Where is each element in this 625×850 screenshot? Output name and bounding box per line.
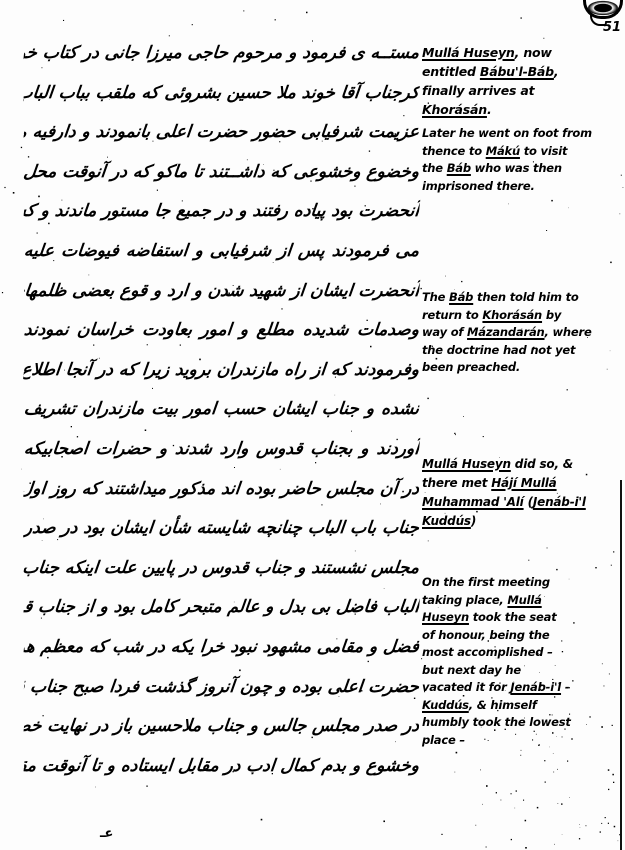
note-text: - — [561, 680, 569, 694]
persian-line: مجلس نشستند و جناب قدوس در پایین علت این… — [22, 549, 421, 589]
note-text: by — [542, 308, 561, 322]
persian-line: در صدر مجلس جالس و جناب ملاحسین باز در ن… — [22, 707, 421, 747]
persian-manuscript-text: مستــه ی فرمود و مرحوم حاجی میرزا جانی د… — [24, 34, 419, 786]
note-text: . — [487, 102, 492, 117]
underlined-name: Mullá — [507, 593, 541, 607]
underlined-name: Mákú — [486, 144, 520, 158]
persian-line: وخشوع و بدم کمال ادب در مقابل ایستاده و … — [22, 747, 421, 787]
persian-line: مستــه ی فرمود و مرحوم حاجی میرزا جانی د… — [22, 34, 421, 74]
note-text: vacated it for — [422, 680, 510, 694]
underlined-name: Khorásán — [482, 308, 542, 322]
note-line: The Báb then told him to — [422, 289, 612, 307]
underlined-name: Kuddús — [422, 698, 469, 712]
persian-line: وصدمات شدیده مطلع و امور بعاودت خراسان ن… — [22, 311, 421, 351]
note-line: Khorásán. — [422, 100, 612, 119]
persian-line: عزیمت شرفیابی حضور حضرت اعلی بانمودند و … — [22, 113, 421, 153]
persian-line: می فرمودند پس از شرفیابی و استفاضه فیوضا… — [22, 232, 421, 272]
note-line: vacated it for Jenáb-i'l - — [422, 679, 612, 697]
note-text: Later he went on foot from — [422, 126, 592, 140]
marginal-note-3: The Báb then told him toreturn to Khorás… — [422, 289, 612, 377]
note-line: the doctrine had not yet — [422, 342, 612, 360]
note-line: Muhammad 'Alí (Jenáb-i'l — [422, 493, 612, 512]
persian-line: در آن مجلس حاضر بوده اند مذکور میداشتند … — [22, 470, 421, 510]
underlined-name: Bábu'l-Báb — [480, 64, 554, 79]
note-text: , now — [515, 45, 552, 60]
persian-line: وخضوع وخشوعی که داشــتند تا ماکو که در آ… — [22, 153, 421, 193]
catchword: عـ — [100, 826, 113, 841]
persian-line: نشده و جناب ایشان حسب امور بیت مازندران … — [22, 390, 421, 430]
note-line: way of Mázandarán, where — [422, 324, 612, 342]
marginal-note-4: Mullá Huseyn did so, &there met Hájí Mul… — [422, 455, 612, 531]
note-line: of honour, being the — [422, 627, 612, 645]
underlined-name: Hájí Mullá — [491, 476, 556, 490]
note-line: Later he went on foot from — [422, 125, 612, 143]
page-number: 51 — [603, 20, 621, 35]
marginal-note-5: On the first meetingtaking place, MulláH… — [422, 574, 612, 749]
note-line: humbly took the lowest — [422, 714, 612, 732]
page-edge-border — [620, 480, 622, 850]
persian-line: حضرت اعلی بوده و چون آنروز گذشت فردا صبح… — [22, 668, 421, 708]
note-text: On the first meeting — [422, 575, 550, 589]
note-text: , where — [545, 325, 592, 339]
note-text: been preached. — [422, 360, 520, 374]
underlined-name: Khorásán — [422, 102, 487, 117]
note-line: taking place, Mullá — [422, 592, 612, 610]
underlined-name: Mullá Huseyn — [422, 45, 515, 60]
note-text: humbly took the lowest — [422, 715, 571, 729]
underlined-name: Mullá Huseyn — [422, 457, 511, 471]
note-line: been preached. — [422, 359, 612, 377]
persian-line: جناب باب الباب چنانچه شایسته شأن ایشان ب… — [22, 509, 421, 549]
note-line: thence to Mákú to visit — [422, 143, 612, 161]
note-text: entitled — [422, 64, 480, 79]
note-line: Kuddús) — [422, 512, 612, 531]
underlined-name: Muhammad 'Alí — [422, 495, 524, 509]
note-text: taking place, — [422, 593, 507, 607]
note-line: there met Hájí Mullá — [422, 474, 612, 493]
note-line: the Báb who was then — [422, 160, 612, 178]
note-line: Mullá Huseyn, now — [422, 43, 612, 62]
underlined-name: Jenáb-i'l — [533, 495, 586, 509]
note-text: to visit — [520, 144, 567, 158]
note-text: return to — [422, 308, 482, 322]
manuscript-page: 51 مستــه ی فرمود و مرحوم حاجی میرزا جان… — [0, 0, 625, 850]
note-text: place – — [422, 733, 465, 747]
note-text: most accomplished – — [422, 645, 553, 659]
note-text: did so, & — [511, 457, 573, 471]
note-line: Mullá Huseyn did so, & — [422, 455, 612, 474]
note-text: but next day he — [422, 663, 521, 677]
marginal-note-1: Mullá Huseyn, nowentitled Bábu'l-Báb,fin… — [422, 43, 612, 119]
note-text: , — [554, 64, 559, 79]
note-line: most accomplished – — [422, 644, 612, 662]
note-text: way of — [422, 325, 467, 339]
note-line: finally arrives at — [422, 81, 612, 100]
note-line: entitled Bábu'l-Báb, — [422, 62, 612, 81]
persian-line: آنحضرت ایشان از شهید شدن و ارد و قوع بعض… — [22, 272, 421, 312]
persian-line: آنحضرت بود پیاده رفتند و در جمیع جا مستو… — [22, 192, 421, 232]
persian-line: آوردند و بجناب قدوس وارد شدند و حضرات اص… — [22, 430, 421, 470]
note-text: took the seat — [469, 610, 557, 624]
underlined-name: Huseyn — [422, 610, 469, 624]
note-text: the — [422, 161, 447, 175]
note-line: On the first meeting — [422, 574, 612, 592]
note-line: return to Khorásán by — [422, 307, 612, 325]
persian-line: وفرمودند که از راه مازندران بروید زیرا ک… — [22, 351, 421, 391]
persian-line: فضل و مقامی مشهود نبود خرا یکه در شب که … — [22, 628, 421, 668]
note-text: there met — [422, 476, 491, 490]
underlined-name: Mázandarán — [467, 325, 544, 339]
note-text: ( — [524, 495, 533, 509]
note-text: ) — [471, 514, 476, 528]
note-line: imprisoned there. — [422, 178, 612, 196]
note-line: place – — [422, 732, 612, 750]
note-text: then told him to — [473, 290, 578, 304]
note-line: Kuddús, & himself — [422, 697, 612, 715]
underlined-name: Báb — [449, 290, 473, 304]
underlined-name: Jenáb-i'l — [510, 680, 561, 694]
marginal-note-2: Later he went on foot fromthence to Mákú… — [422, 125, 612, 195]
note-line: Huseyn took the seat — [422, 609, 612, 627]
note-text: imprisoned there. — [422, 179, 535, 193]
underlined-name: Báb — [447, 161, 471, 175]
note-line: but next day he — [422, 662, 612, 680]
note-text: of honour, being the — [422, 628, 550, 642]
note-text: The — [422, 290, 449, 304]
note-text: who was then — [471, 161, 562, 175]
note-text: thence to — [422, 144, 486, 158]
note-text: , & himself — [469, 698, 537, 712]
persian-line: کرجناب آقا خوند ملا حسین بشروئی که ملقب … — [22, 74, 421, 114]
note-text: the doctrine had not yet — [422, 343, 575, 357]
underlined-name: Kuddús — [422, 514, 471, 528]
persian-line: الباب فاضل بی بدل و عالم متبحر کامل بود … — [22, 588, 421, 628]
note-text: finally arrives at — [422, 83, 534, 98]
